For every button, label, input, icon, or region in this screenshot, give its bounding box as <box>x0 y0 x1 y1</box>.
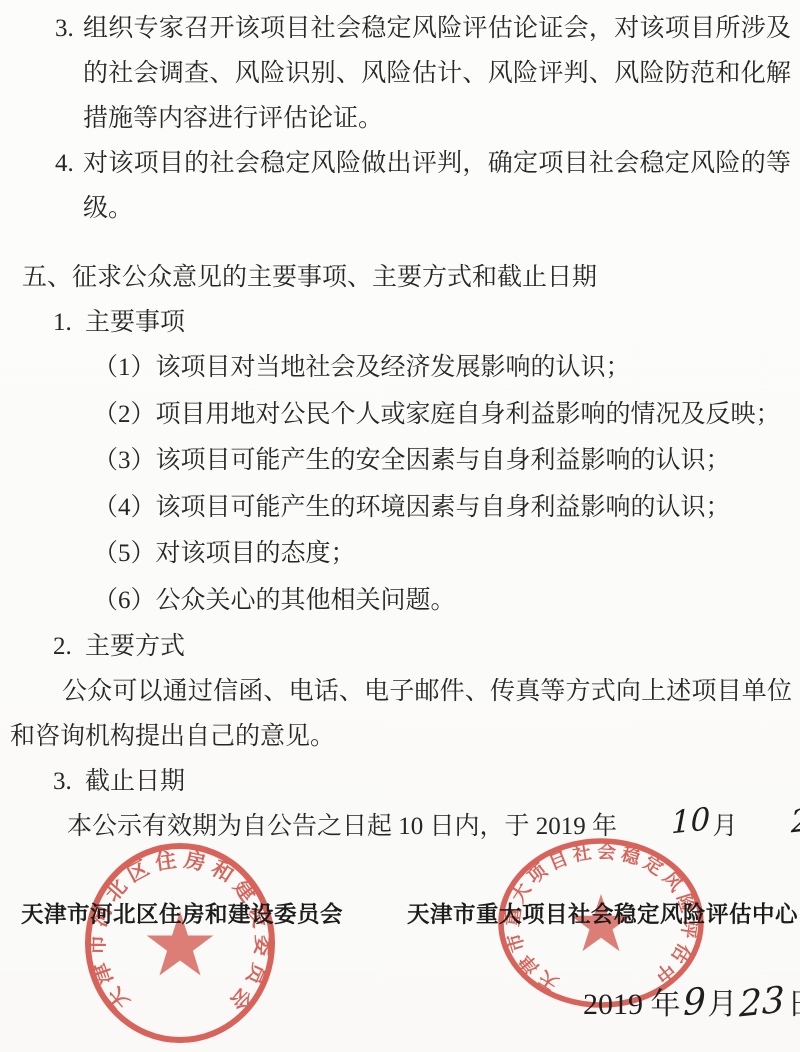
document-page: 3. 组织专家召开该项目社会稳定风险评估论证会，对该项目所涉及的社会调查、风险识… <box>0 0 800 1052</box>
matters-item-2: （2）项目用地对公民个人或家庭自身利益影响的情况及反映； <box>93 392 800 437</box>
subsection-2-title: 主要方式 <box>85 633 185 660</box>
star-icon <box>571 894 631 951</box>
section-5-heading: 五、征求公众意见的主要事项、主要方式和截止日期 <box>22 255 800 300</box>
deadline-month-label: 月 <box>712 813 737 840</box>
item-3-text: 组织专家召开该项目社会稳定风险评估论证会，对该项目所涉及的社会调查、风险识别、风… <box>83 15 791 132</box>
methods-paragraph: 公众可以通过信函、电话、电子邮件、传真等方式向上述项目单位和咨询机构提出自己的意… <box>10 669 792 759</box>
subsection-2-marker: 2. <box>53 624 72 669</box>
item-4-marker: 4. <box>55 141 74 186</box>
handwritten-month: 10 <box>617 819 712 829</box>
numbered-item-4: 4. 对该项目的社会稳定风险做出评判，确定项目社会稳定风险的等级。 <box>83 141 791 231</box>
seal-left-ring <box>88 846 272 1040</box>
official-seal-right: 天津市重大项目社会稳定风险评估中心 <box>496 836 706 1010</box>
subsection-1-title: 主要事项 <box>85 309 185 336</box>
matters-item-6: （6）公众关心的其他相关问题。 <box>93 578 800 623</box>
matters-item-5: （5）对该项目的态度； <box>93 531 800 576</box>
document-body: 3. 组织专家召开该项目社会稳定风险评估论证会，对该项目所涉及的社会调查、风险识… <box>0 6 800 849</box>
item-4-text: 对该项目的社会稳定风险做出评判，确定项目社会稳定风险的等级。 <box>83 150 791 222</box>
star-icon <box>147 911 214 976</box>
date-year: 2019 年 <box>583 988 681 1021</box>
subsection-3-heading: 3. 截止日期 <box>85 759 800 804</box>
handwritten-date-month: 9 <box>681 1002 708 1005</box>
seal-left-text-arc: 天津市河北区住房和建设委员会 <box>85 847 276 1019</box>
date-day-label: 日 <box>787 988 800 1021</box>
matters-list: （1）该项目对当地社会及经济发展影响的认识； （2）项目用地对公民个人或家庭自身… <box>0 345 800 623</box>
item-3-marker: 3. <box>55 6 74 51</box>
right-organization-name: 天津市重大项目社会稳定风险评估中心 <box>407 900 798 930</box>
left-organization-name: 天津市河北区住房和建设委员会 <box>21 900 343 930</box>
subsection-1-heading: 1. 主要事项 <box>85 300 800 345</box>
deadline-paragraph: 本公示有效期为自公告之日起 10 日内，于 2019 年10月2日截止。 <box>15 804 800 849</box>
date-month-label: 月 <box>707 988 737 1021</box>
matters-item-3: （3）该项目可能产生的安全因素与自身利益影响的认识； <box>93 438 800 483</box>
numbered-item-3: 3. 组织专家召开该项目社会稳定风险评估论证会，对该项目所涉及的社会调查、风险识… <box>83 6 791 141</box>
subsection-3-marker: 3. <box>53 759 72 804</box>
deadline-prefix: 本公示有效期为自公告之日起 10 日内，于 2019 年 <box>67 813 617 840</box>
subsection-1-marker: 1. <box>53 300 72 345</box>
matters-item-1: （1）该项目对当地社会及经济发展影响的认识； <box>93 345 800 390</box>
subsection-2-heading: 2. 主要方式 <box>85 624 800 669</box>
seal-right-ring <box>501 841 701 1005</box>
handwritten-day: 2 <box>738 820 800 828</box>
official-seal-left: 天津市河北区住房和建设委员会 <box>82 841 278 1045</box>
seal-right-text-arc: 天津市重大项目社会稳定风险评估中心 <box>496 836 701 994</box>
matters-item-4: （4）该项目可能产生的环境因素与自身利益影响的认识； <box>93 485 800 530</box>
handwritten-date-day: 23 <box>738 1000 788 1005</box>
document-date: 2019 年9月23日 <box>583 982 800 1028</box>
subsection-3-title: 截止日期 <box>85 768 185 795</box>
